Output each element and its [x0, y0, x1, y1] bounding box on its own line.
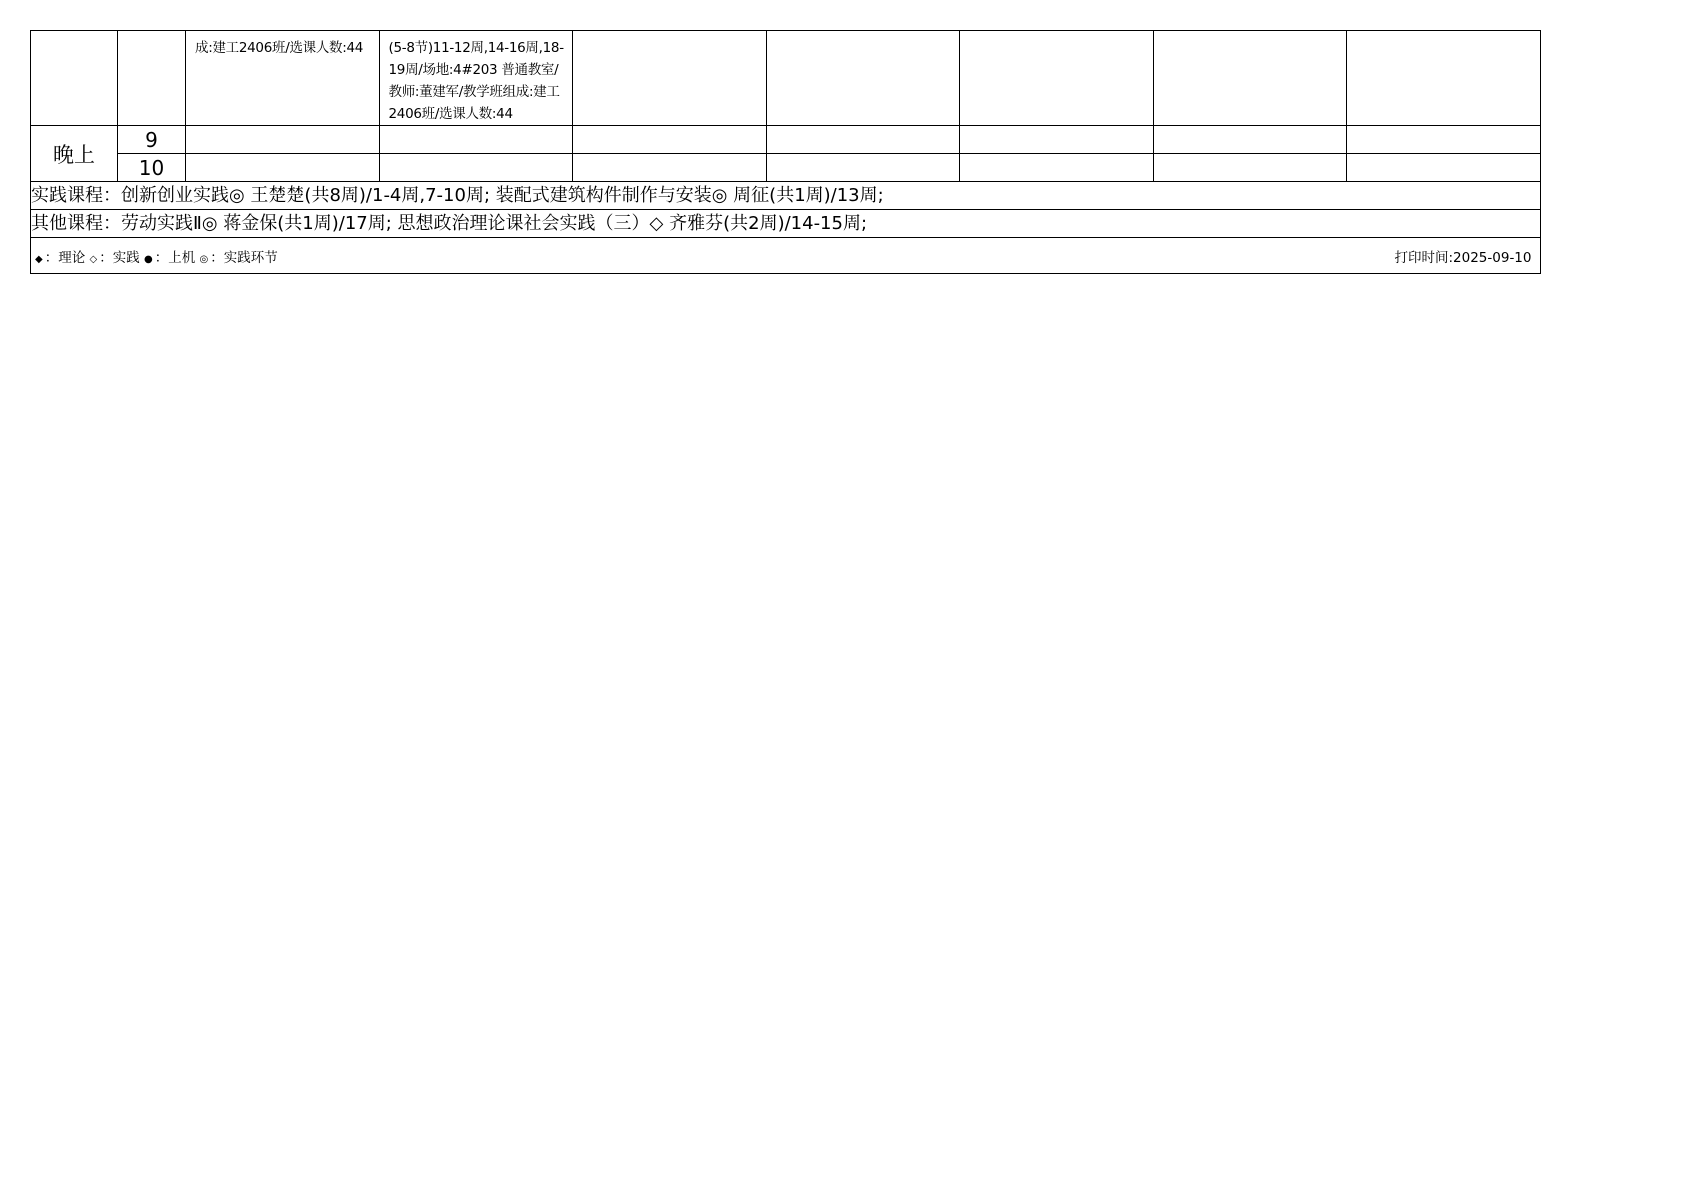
- course-cell-monday: 成:建工2406班/选课人数:44: [186, 31, 380, 126]
- table-row: 成:建工2406班/选课人数:44 (5-8节)11-12周,14-16周,18…: [31, 31, 1541, 126]
- practice-courses-row: 实践课程：创新创业实践◎ 王楚楚(共8周)/1-4周,7-10周; 装配式建筑构…: [31, 182, 1541, 210]
- course-cell-saturday: [1153, 31, 1347, 126]
- course-cell-sunday: [1347, 31, 1541, 126]
- course-cell: [186, 154, 380, 182]
- course-cell-text: (5-8节)11-12周,14-16周,18-19周/场地:4#203 普通教室…: [380, 31, 573, 125]
- table-row: 实践课程：创新创业实践◎ 王楚楚(共8周)/1-4周,7-10周; 装配式建筑构…: [31, 182, 1541, 210]
- legend-practical-link-label: ：实践环节: [210, 250, 278, 266]
- bullseye-icon: ◎: [200, 254, 209, 265]
- course-cell: [186, 126, 380, 154]
- legend-theory-label: ：理论: [45, 250, 86, 266]
- course-cell-text: [1347, 31, 1540, 37]
- course-cell: [766, 126, 960, 154]
- circle-filled-icon: ●: [144, 254, 153, 265]
- diamond-outline-icon: ◇: [90, 254, 98, 265]
- period-label-evening: 晚上: [31, 126, 118, 182]
- table-row: ◆：理论 ◇：实践 ●：上机 ◎：实践环节 打印时间:2025-09-10: [31, 238, 1541, 274]
- table-row: 10: [31, 154, 1541, 182]
- course-cell: [960, 126, 1154, 154]
- print-time: 打印时间:2025-09-10: [1394, 246, 1531, 266]
- course-cell: [1347, 154, 1541, 182]
- course-cell: [379, 126, 573, 154]
- legend-row: ◆：理论 ◇：实践 ●：上机 ◎：实践环节 打印时间:2025-09-10: [31, 238, 1541, 274]
- course-cell: [1153, 154, 1347, 182]
- course-cell: [573, 126, 767, 154]
- legend: ◆：理论 ◇：实践 ●：上机 ◎：实践环节: [35, 246, 278, 266]
- course-cell-wednesday: [573, 31, 767, 126]
- course-cell-text: [767, 31, 960, 37]
- legend-computer-label: ：上机: [155, 250, 196, 266]
- course-cell: [960, 154, 1154, 182]
- diamond-filled-icon: ◆: [35, 254, 43, 265]
- course-cell-text: [1154, 31, 1347, 37]
- course-cell-text: [573, 31, 766, 37]
- table-row: 其他课程：劳动实践Ⅱ◎ 蒋金保(共1周)/17周; 思想政治理论课社会实践（三）…: [31, 210, 1541, 238]
- course-cell: [379, 154, 573, 182]
- timetable-grid: 成:建工2406班/选课人数:44 (5-8节)11-12周,14-16周,18…: [30, 30, 1541, 274]
- course-cell-friday: [960, 31, 1154, 126]
- slot-number: 10: [118, 154, 186, 182]
- slot-number: 9: [118, 126, 186, 154]
- course-cell-text: 成:建工2406班/选课人数:44: [186, 31, 379, 59]
- other-courses-row: 其他课程：劳动实践Ⅱ◎ 蒋金保(共1周)/17周; 思想政治理论课社会实践（三）…: [31, 210, 1541, 238]
- timetable-sheet: 成:建工2406班/选课人数:44 (5-8节)11-12周,14-16周,18…: [30, 30, 1539, 274]
- course-cell: [1347, 126, 1541, 154]
- course-cell-text: [960, 31, 1153, 37]
- course-cell: [766, 154, 960, 182]
- course-cell: [1153, 126, 1347, 154]
- slot-cell: [118, 31, 186, 126]
- table-row: 晚上 9: [31, 126, 1541, 154]
- course-cell-tuesday: (5-8节)11-12周,14-16周,18-19周/场地:4#203 普通教室…: [379, 31, 573, 126]
- course-cell: [573, 154, 767, 182]
- period-cell: [31, 31, 118, 126]
- legend-practice-label: ：实践: [99, 250, 140, 266]
- course-cell-thursday: [766, 31, 960, 126]
